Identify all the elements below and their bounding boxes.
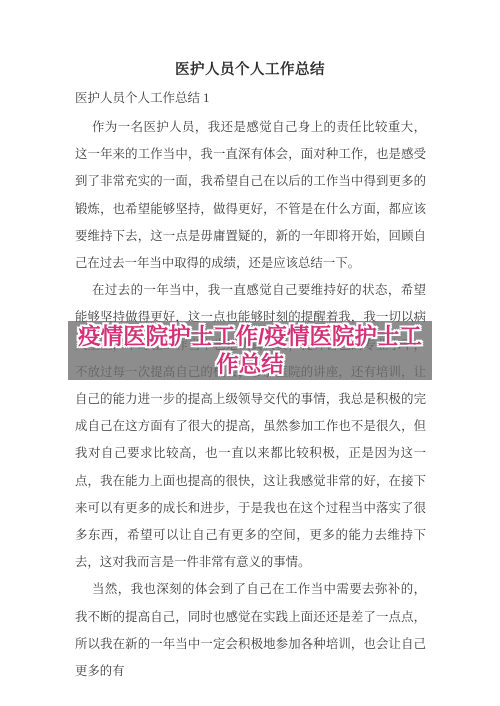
document-subtitle: 医护人员个人工作总结 1 [75, 88, 426, 106]
document-page: 医护人员个人工作总结 医护人员个人工作总结 1 作为一名医护人员，我还是感觉自己… [0, 0, 500, 706]
body-paragraph-3: 当然，我也深刻的体会到了自己在工作当中需要去弥补的，我不断的提高自己，同时也感觉… [75, 576, 426, 685]
watermark-overlay: 疫情医院护士工作/疫情医院护士工作总结 [68, 321, 432, 380]
document-title: 医护人员个人工作总结 [0, 58, 500, 79]
document-body: 作为一名医护人员，我还是感觉自己身上的责任比较重大，这一年来的工作当中，我一直深… [75, 114, 426, 685]
watermark-text: 疫情医院护士工作/疫情医院护士工作总结 [68, 323, 432, 379]
body-paragraph-1: 作为一名医护人员，我还是感觉自己身上的责任比较重大，这一年来的工作当中，我一直深… [75, 114, 426, 277]
